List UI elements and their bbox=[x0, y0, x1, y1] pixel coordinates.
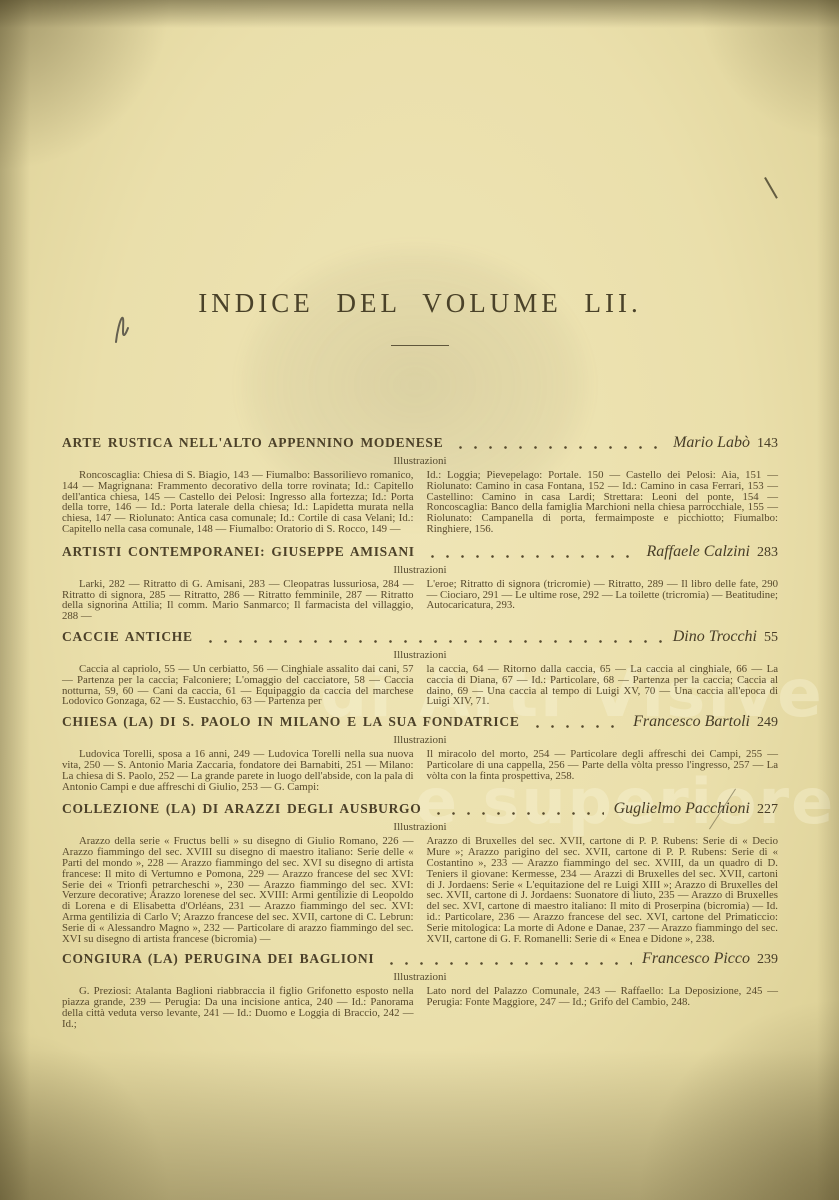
illustrations-column-right: Arazzo di Bruxelles del sec. XVII, carto… bbox=[427, 836, 779, 944]
dot-leader bbox=[425, 555, 637, 558]
index-entry: COLLEZIONE (LA) DI ARAZZI DEGLI AUSBURGO… bbox=[62, 800, 778, 944]
index-entry: CACCIE ANTICHE Dino Trocchi 55 Illustraz… bbox=[62, 628, 778, 707]
illustrations-label: Illustrazioni bbox=[62, 649, 778, 661]
entry-title: ARTISTI CONTEMPORANEI: GIUSEPPE AMISANI bbox=[62, 544, 415, 560]
entry-page-number: 249 bbox=[757, 715, 778, 731]
illustrations-label: Illustrazioni bbox=[62, 821, 778, 833]
dot-leader bbox=[530, 725, 624, 728]
illustrations-column-right: L'eroe; Ritratto di signora (tricromie) … bbox=[427, 579, 779, 622]
entry-author: Dino Trocchi bbox=[673, 628, 757, 646]
page-title: INDICE DEL VOLUME LII. bbox=[62, 0, 778, 319]
illustrations-label: Illustrazioni bbox=[62, 971, 778, 983]
entry-heading: ARTE RUSTICA NELL'ALTO APPENNINO MODENES… bbox=[62, 434, 778, 452]
dot-leader bbox=[431, 812, 603, 815]
illustrations-label: Illustrazioni bbox=[62, 564, 778, 576]
dot-leader bbox=[384, 962, 632, 965]
illustrations-columns: Caccia al capriolo, 55 — Un cerbiatto, 5… bbox=[62, 664, 778, 707]
illustrations-column-left: Roncoscaglia: Chiesa di S. Biagio, 143 —… bbox=[62, 470, 414, 535]
entry-page-number: 283 bbox=[757, 545, 778, 561]
entry-heading: CACCIE ANTICHE Dino Trocchi 55 bbox=[62, 628, 778, 646]
entry-title: ARTE RUSTICA NELL'ALTO APPENNINO MODENES… bbox=[62, 435, 443, 451]
entry-page-number: 227 bbox=[757, 802, 778, 818]
illustrations-column-right: Id.: Loggia; Pievepelago: Portale. 150 —… bbox=[427, 470, 779, 535]
index-entry: ARTISTI CONTEMPORANEI: GIUSEPPE AMISANI … bbox=[62, 543, 778, 622]
page-content: INDICE DEL VOLUME LII. ARTE RUSTICA NELL… bbox=[62, 0, 778, 1030]
entry-title: COLLEZIONE (LA) DI ARAZZI DEGLI AUSBURGO bbox=[62, 801, 421, 817]
illustrations-column-left: Larki, 282 — Ritratto di G. Amisani, 283… bbox=[62, 579, 414, 622]
dot-leader bbox=[453, 446, 663, 449]
illustrations-column-right: Lato nord del Palazzo Comunale, 243 — Ra… bbox=[427, 986, 779, 1029]
entry-author: Mario Labò bbox=[673, 434, 750, 452]
illustrations-columns: Roncoscaglia: Chiesa di S. Biagio, 143 —… bbox=[62, 470, 778, 535]
title-divider bbox=[391, 345, 449, 346]
entry-title: CHIESA (LA) DI S. PAOLO IN MILANO E LA S… bbox=[62, 714, 520, 730]
illustrations-label: Illustrazioni bbox=[62, 455, 778, 467]
entry-page-number: 143 bbox=[757, 436, 778, 452]
illustrations-column-right: la caccia, 64 — Ritorno dalla caccia, 65… bbox=[427, 664, 779, 707]
entry-heading: CONGIURA (LA) PERUGINA DEI BAGLIONI Fran… bbox=[62, 950, 778, 968]
entry-author: Raffaele Calzini bbox=[646, 543, 750, 561]
entry-page-number: 239 bbox=[757, 952, 778, 968]
entry-title: CONGIURA (LA) PERUGINA DEI BAGLIONI bbox=[62, 951, 374, 967]
entry-author: Francesco Bartoli bbox=[633, 713, 750, 731]
pencil-mark bbox=[112, 312, 134, 348]
illustrations-column-right: Il miracolo del morto, 254 — Particolare… bbox=[427, 749, 779, 792]
scanned-book-page: di Arti Visive e superiore INDICE DEL VO… bbox=[0, 0, 839, 1200]
index-entry: ARTE RUSTICA NELL'ALTO APPENNINO MODENES… bbox=[62, 434, 778, 535]
illustrations-columns: Larki, 282 — Ritratto di G. Amisani, 283… bbox=[62, 579, 778, 622]
illustrations-column-left: Arazzo della serie « Fructus belli » su … bbox=[62, 836, 414, 944]
illustrations-column-left: Ludovica Torelli, sposa a 16 anni, 249 —… bbox=[62, 749, 414, 792]
entry-heading: COLLEZIONE (LA) DI ARAZZI DEGLI AUSBURGO… bbox=[62, 800, 778, 818]
entry-heading: CHIESA (LA) DI S. PAOLO IN MILANO E LA S… bbox=[62, 713, 778, 731]
illustrations-columns: G. Preziosi: Atalanta Baglioni riabbracc… bbox=[62, 986, 778, 1029]
entry-author: Francesco Picco bbox=[642, 950, 750, 968]
index-entry: CHIESA (LA) DI S. PAOLO IN MILANO E LA S… bbox=[62, 713, 778, 792]
illustrations-column-left: G. Preziosi: Atalanta Baglioni riabbracc… bbox=[62, 986, 414, 1029]
illustrations-column-left: Caccia al capriolo, 55 — Un cerbiatto, 5… bbox=[62, 664, 414, 707]
dot-leader bbox=[203, 640, 663, 643]
index-entry: CONGIURA (LA) PERUGINA DEI BAGLIONI Fran… bbox=[62, 950, 778, 1029]
entry-heading: ARTISTI CONTEMPORANEI: GIUSEPPE AMISANI … bbox=[62, 543, 778, 561]
entry-author: Guglielmo Pacchioni bbox=[614, 800, 750, 818]
entry-page-number: 55 bbox=[764, 630, 778, 646]
entry-title: CACCIE ANTICHE bbox=[62, 629, 193, 645]
illustrations-columns: Arazzo della serie « Fructus belli » su … bbox=[62, 836, 778, 944]
illustrations-columns: Ludovica Torelli, sposa a 16 anni, 249 —… bbox=[62, 749, 778, 792]
illustrations-label: Illustrazioni bbox=[62, 734, 778, 746]
